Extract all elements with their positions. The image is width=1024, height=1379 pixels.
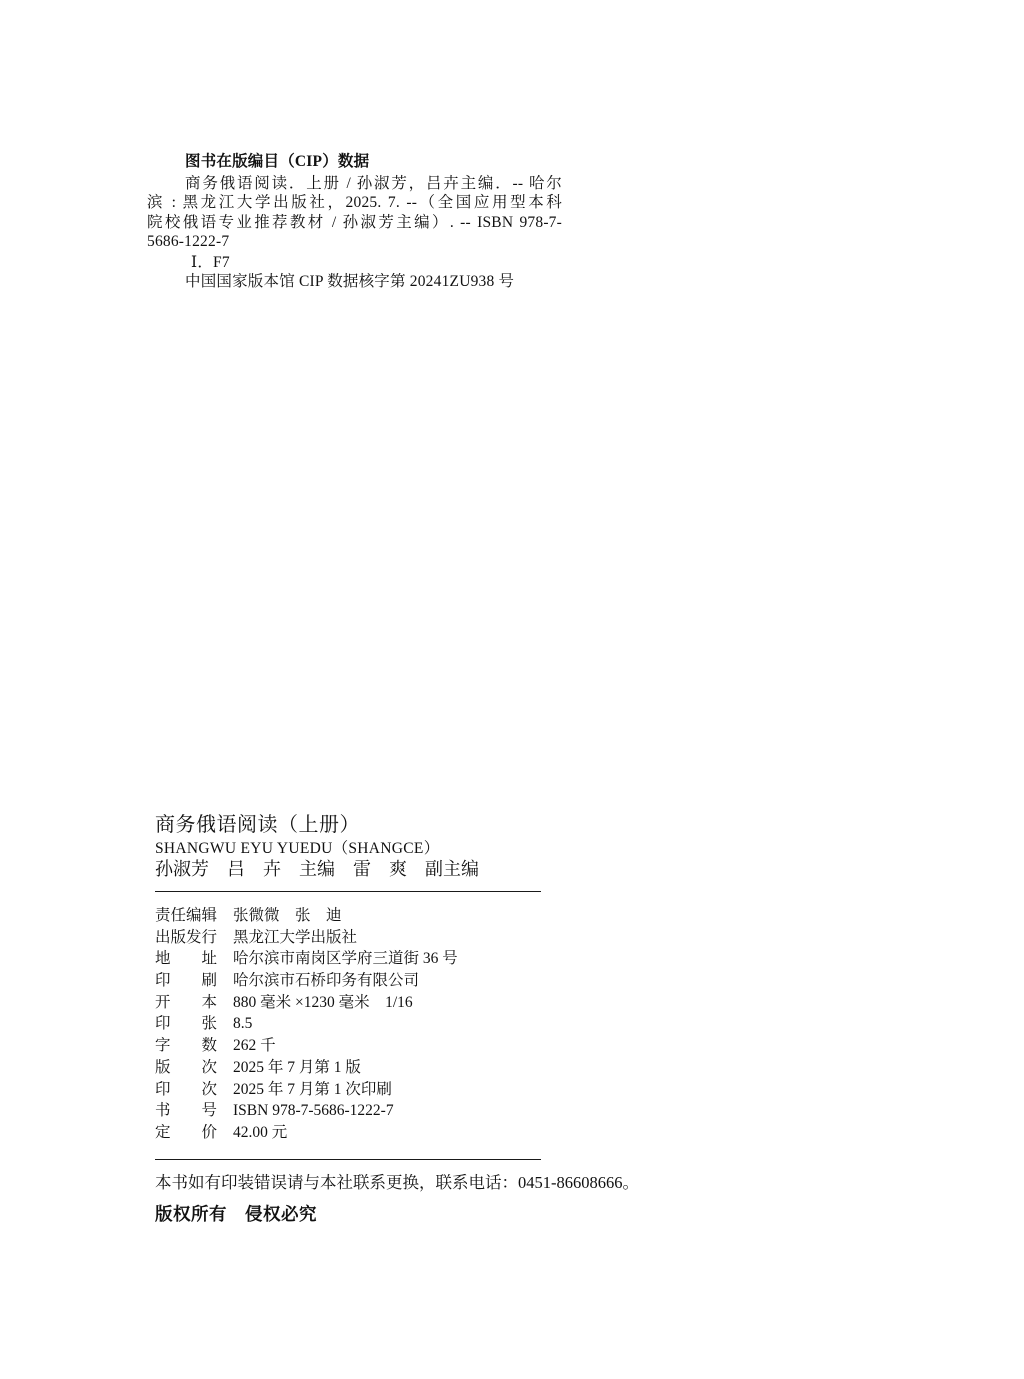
publication-details: 责任编辑 张微微 张 迪 出版发行 黑龙江大学出版社 地 址 哈尔滨市南岗区学府… [155, 905, 575, 1144]
cip-record-number: 中国国家版本馆 CIP 数据核字第 20241ZU938 号 [147, 272, 562, 291]
detail-label: 书 号 [155, 1100, 218, 1122]
detail-row-sheets: 印 张 8.5 [155, 1013, 575, 1035]
detail-value: 8.5 [233, 1013, 575, 1035]
detail-value: 42.00 元 [233, 1122, 575, 1144]
detail-value: 880 毫米 ×1230 毫米 1/16 [233, 992, 575, 1014]
detail-label: 责任编辑 [155, 905, 218, 927]
cip-classification: Ⅰ．F7 [147, 253, 562, 272]
detail-row-address: 地 址 哈尔滨市南岗区学府三道街 36 号 [155, 948, 575, 970]
detail-row-printer: 印 刷 哈尔滨市石桥印务有限公司 [155, 970, 575, 992]
detail-value: 黑龙江大学出版社 [233, 927, 575, 949]
cip-header: 图书在版编目（CIP）数据 [147, 152, 562, 171]
book-title: 商务俄语阅读（上册） [155, 813, 360, 837]
detail-label: 开 本 [155, 992, 218, 1014]
detail-value: 哈尔滨市南岗区学府三道街 36 号 [233, 948, 575, 970]
book-authors: 孙淑芳 吕 卉 主编 雷 爽 副主编 [155, 858, 479, 880]
divider-top [155, 891, 541, 892]
book-title-pinyin: SHANGWU EYU YUEDU（SHANGCE） [155, 840, 440, 858]
detail-value: 262 千 [233, 1035, 575, 1057]
cip-description-line: 院校俄语专业推荐教材 / 孙淑芳主编）. -- ISBN 978-7- [147, 213, 562, 232]
detail-row-price: 定 价 42.00 元 [155, 1122, 575, 1144]
detail-row-edition: 版 次 2025 年 7 月第 1 版 [155, 1057, 575, 1079]
detail-row-editor: 责任编辑 张微微 张 迪 [155, 905, 575, 927]
book-copyright-page: 图书在版编目（CIP）数据 商务俄语阅读．上册 / 孙淑芳，吕卉主编．-- 哈尔… [0, 0, 1024, 1379]
detail-value: 张微微 张 迪 [233, 905, 575, 927]
cip-description-line: 滨 : 黑龙江大学出版社，2025. 7. --（全国应用型本科 [147, 193, 562, 212]
misprint-notice: 本书如有印装错误请与本社联系更换，联系电话：0451-86608666。 [155, 1172, 639, 1194]
detail-label: 印 张 [155, 1013, 218, 1035]
detail-label: 出版发行 [155, 927, 218, 949]
cip-description-line: 商务俄语阅读．上册 / 孙淑芳，吕卉主编．-- 哈尔 [147, 174, 562, 193]
copyright-statement: 版权所有 侵权必究 [155, 1202, 317, 1226]
detail-label: 地 址 [155, 948, 218, 970]
detail-row-wordcount: 字 数 262 千 [155, 1035, 575, 1057]
detail-value: 2025 年 7 月第 1 次印刷 [233, 1079, 575, 1101]
detail-row-isbn: 书 号 ISBN 978-7-5686-1222-7 [155, 1100, 575, 1122]
detail-label: 印 次 [155, 1079, 218, 1101]
divider-bottom [155, 1159, 541, 1160]
detail-row-format: 开 本 880 毫米 ×1230 毫米 1/16 [155, 992, 575, 1014]
detail-row-printing: 印 次 2025 年 7 月第 1 次印刷 [155, 1079, 575, 1101]
detail-row-publisher: 出版发行 黑龙江大学出版社 [155, 927, 575, 949]
detail-value: ISBN 978-7-5686-1222-7 [233, 1100, 575, 1122]
detail-value: 2025 年 7 月第 1 版 [233, 1057, 575, 1079]
cip-description-line: 5686-1222-7 [147, 232, 562, 251]
detail-label: 定 价 [155, 1122, 218, 1144]
detail-value: 哈尔滨市石桥印务有限公司 [233, 970, 575, 992]
cip-block: 图书在版编目（CIP）数据 商务俄语阅读．上册 / 孙淑芳，吕卉主编．-- 哈尔… [147, 152, 562, 291]
detail-label: 印 刷 [155, 970, 218, 992]
detail-label: 字 数 [155, 1035, 218, 1057]
detail-label: 版 次 [155, 1057, 218, 1079]
